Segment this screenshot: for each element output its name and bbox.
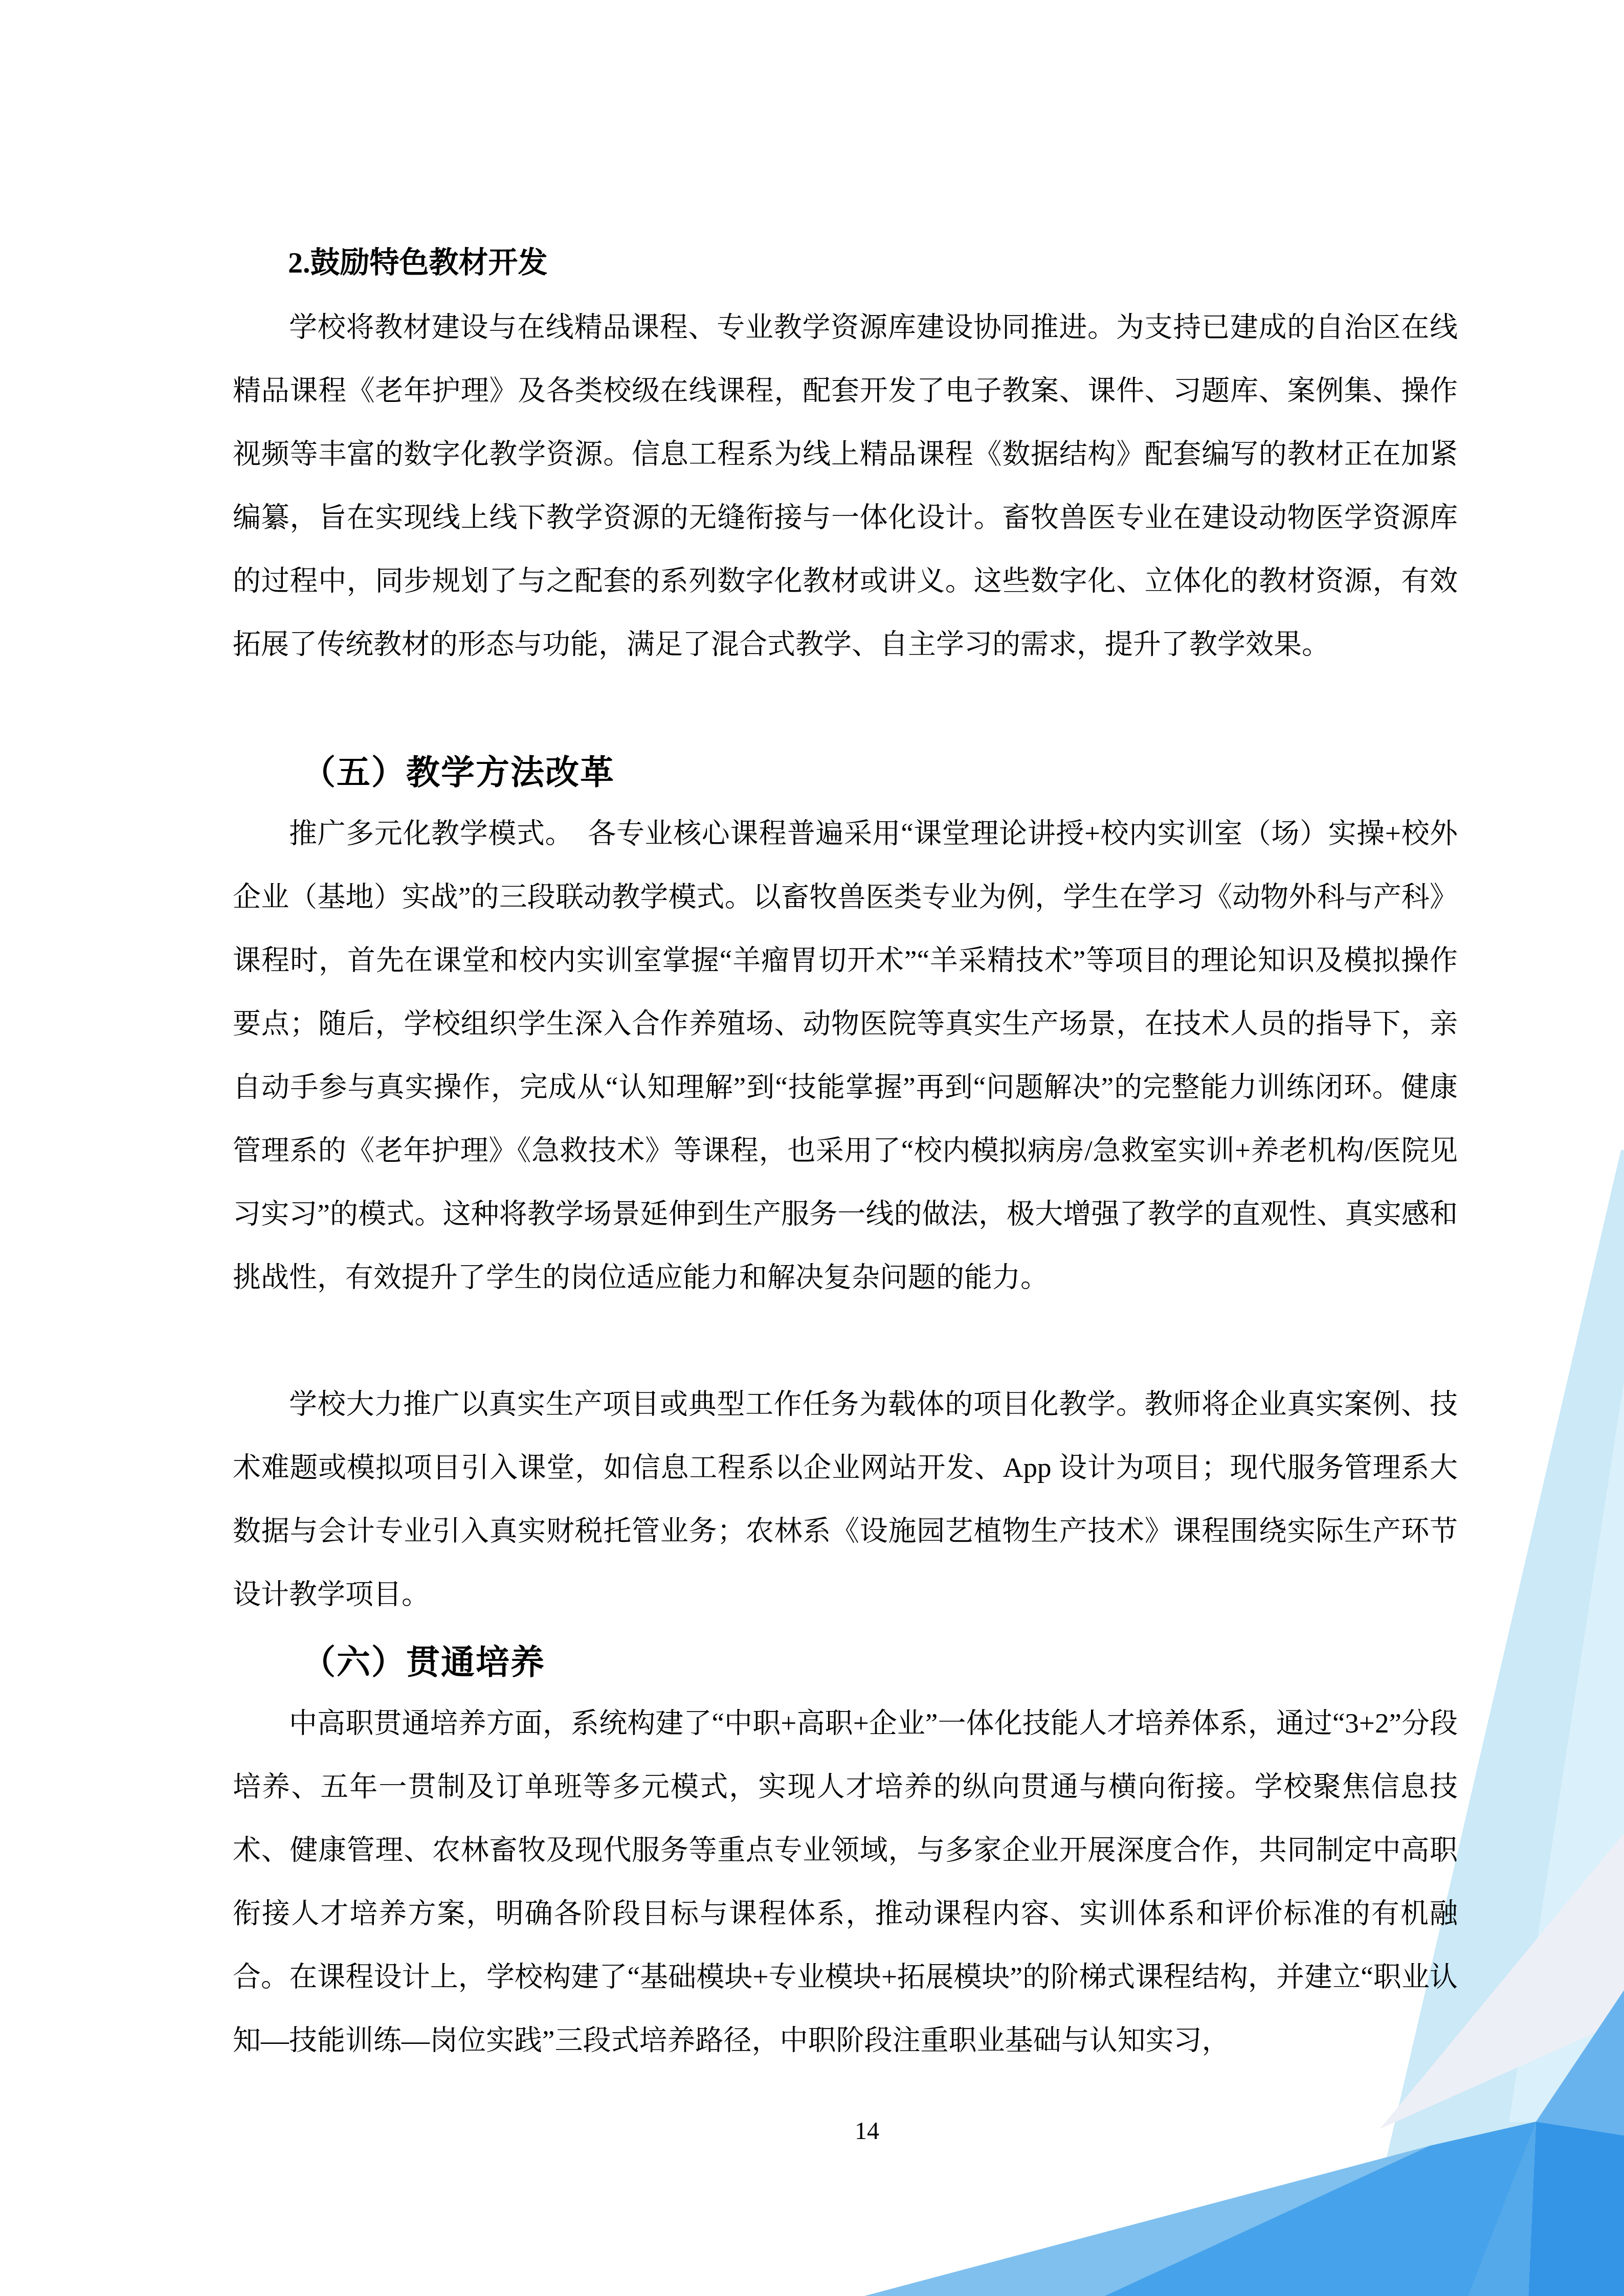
paragraph-textbook-development: 学校将教材建设与在线精品课程、专业教学资源库建设协同推进。为支持已建成的自治区在… [233, 296, 1458, 676]
paragraph-project-teaching: 学校大力推广以真实生产项目或典型工作任务为载体的项目化教学。教师将企业真实案例、… [233, 1372, 1458, 1626]
section-heading-textbook-development: 2.鼓励特色教材开发 [233, 246, 1513, 280]
paragraph-teaching-mode: 推广多元化教学模式。 各专业核心课程普遍采用“课堂理论讲授+校内实训室（场）实操… [233, 802, 1458, 1309]
decor-triangle-sky-wedge [1536, 1990, 1624, 2135]
page-number: 14 [839, 2117, 895, 2146]
decor-triangle-light-fan [864, 2146, 1430, 2296]
decor-triangle-cyan-light [1509, 1381, 1624, 2122]
document-page: 2.鼓励特色教材开发 学校将教材建设与在线精品课程、专业教学资源库建设协同推进。… [0, 0, 1624, 2296]
section-heading-six-integrated-cultivation: （六）贯通培养 [233, 1637, 1527, 1686]
section-heading-five-teaching-method-reform: （五）教学方法改革 [233, 748, 1527, 797]
decor-triangle-mid-band [1468, 2122, 1536, 2296]
paragraph-integration: 中高职贯通培养方面，系统构建了“中职+高职+企业”一体化技能人才培养体系，通过“… [233, 1692, 1458, 2072]
decor-triangle-bright-blue [1105, 2122, 1536, 2296]
decor-triangle-deep-blue [1528, 2122, 1624, 2296]
